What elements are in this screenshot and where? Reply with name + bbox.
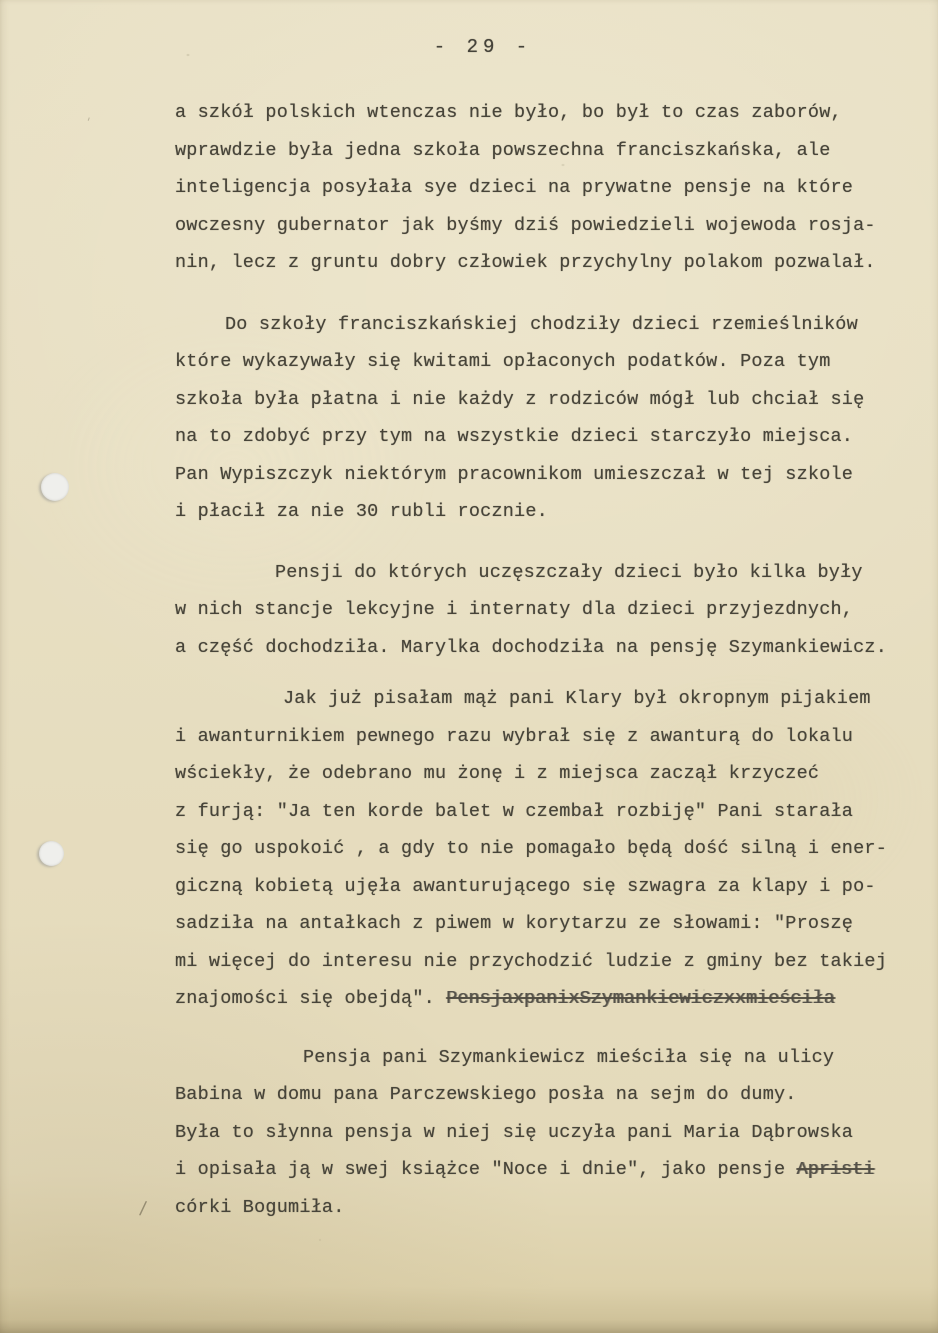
text-line: i opisała ją w swej książce "Noce i dnie…: [175, 1151, 887, 1189]
text-line: Pan Wypiszczyk niektórym pracownikom umi…: [175, 456, 887, 494]
text-line: znajomości się obejdą". PensjaxpanixSzym…: [175, 980, 887, 1018]
text-line: i płacił za nie 30 rubli rocznie.: [175, 493, 887, 531]
text-line: na to zdobyć przy tym na wszystkie dziec…: [175, 418, 887, 456]
text-line: Jak już pisałam mąż pani Klary był okrop…: [175, 680, 887, 718]
paragraph: Do szkoły franciszkańskiej chodziły dzie…: [175, 306, 887, 531]
text-line: owczesny gubernator jak byśmy dziś powie…: [175, 207, 887, 245]
text-line: szkoła była płatna i nie każdy z rodzicó…: [175, 381, 887, 419]
text-line: a część dochodziła. Marylka dochodziła n…: [175, 629, 887, 667]
text-line: Do szkoły franciszkańskiej chodziły dzie…: [175, 306, 887, 344]
text-line: mi więcej do interesu nie przychodzić lu…: [175, 943, 887, 981]
text-line: Pensja pani Szymankiewicz mieściła się n…: [175, 1039, 887, 1077]
text-line: inteligencja posyłała sye dzieci na pryw…: [175, 169, 887, 207]
text-line: i awanturnikiem pewnego razu wybrał się …: [175, 718, 887, 756]
text-line: giczną kobietą ujęła awanturującego się …: [175, 868, 887, 906]
struck-out-text: Apristi: [797, 1159, 875, 1180]
text-line: wściekły, że odebrano mu żonę i z miejsc…: [175, 755, 887, 793]
page-number: - 29 -: [14, 36, 938, 58]
pen-mark-bottom-left: /: [139, 1198, 148, 1220]
punch-hole-top: [41, 473, 69, 501]
text-line: córki Bogumiła.: [175, 1189, 887, 1227]
text-line: w nich stancje lekcyjne i internaty dla …: [175, 591, 887, 629]
text-line: wprawdzie była jedna szkoła powszechna f…: [175, 132, 887, 170]
punch-hole-bottom: [39, 841, 64, 866]
pen-mark-top-left: ': [84, 115, 92, 129]
paragraph: Jak już pisałam mąż pani Klary był okrop…: [175, 680, 887, 1018]
text-line: które wykazywały się kwitami opłaconych …: [175, 343, 887, 381]
struck-out-text: PensjaxpanixSzymankiewiczxxmieściła: [446, 988, 835, 1009]
text-line: się go uspokoić , a gdy to nie pomagało …: [175, 830, 887, 868]
paragraph: a szkół polskich wtenczas nie było, bo b…: [175, 94, 887, 282]
text-line: Babina w domu pana Parczewskiego posła n…: [175, 1076, 887, 1114]
text-line: z furją: "Ja ten korde balet w czembał r…: [175, 793, 887, 831]
paragraph: Pensja pani Szymankiewicz mieściła się n…: [175, 1039, 887, 1227]
text-line: Pensji do których uczęszczały dzieci był…: [175, 554, 887, 592]
typewritten-text: a szkół polskich wtenczas nie było, bo b…: [175, 94, 887, 1226]
paragraph: Pensji do których uczęszczały dzieci był…: [175, 554, 887, 667]
text-line: sadziła na antałkach z piwem w korytarzu…: [175, 905, 887, 943]
scanned-typewritten-page: - 29 - a szkół polskich wtenczas nie był…: [0, 0, 938, 1333]
text-line: nin, lecz z gruntu dobry człowiek przych…: [175, 244, 887, 282]
text-line: a szkół polskich wtenczas nie było, bo b…: [175, 94, 887, 132]
text-line: Była to słynna pensja w niej się uczyła …: [175, 1114, 887, 1152]
